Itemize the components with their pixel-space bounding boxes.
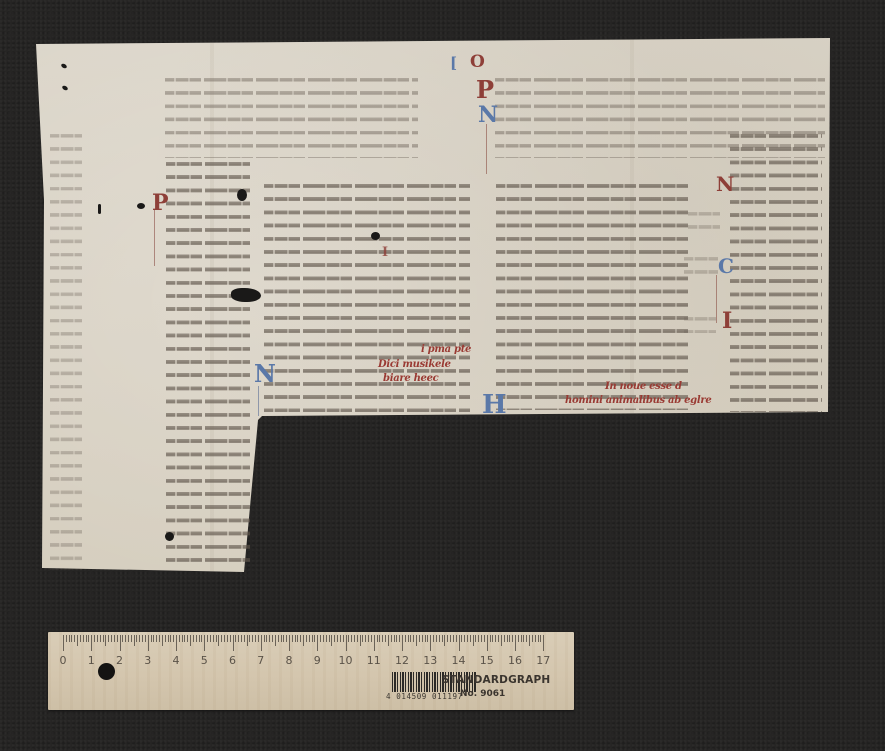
ruler-tick <box>495 635 496 642</box>
ruler-tick <box>258 635 259 642</box>
text-column-right-b <box>730 130 822 412</box>
ruler-tick-label: 10 <box>339 654 353 667</box>
initial-flourish <box>154 210 155 266</box>
damage-hole <box>371 232 380 240</box>
ruler-tick <box>221 635 222 642</box>
ruler-tick <box>247 635 248 646</box>
ruler-tick <box>410 635 411 642</box>
ruler-tick <box>249 635 250 642</box>
ruler-tick <box>360 635 361 646</box>
ruler-tick <box>365 635 366 642</box>
ruler-tick <box>306 635 307 642</box>
ruler-tick <box>467 635 468 642</box>
ruler-tick <box>165 635 166 642</box>
ruler-tick <box>427 635 428 642</box>
ruler-tick <box>442 635 443 642</box>
marginal-note <box>688 208 720 234</box>
ruler-tick-label: 1 <box>88 654 95 667</box>
ruler-tick <box>362 635 363 642</box>
ruler-tick <box>272 635 273 642</box>
ruler-tick <box>153 635 154 642</box>
initial-p: P <box>476 78 494 102</box>
ruler-tick <box>490 635 491 642</box>
ruler-tick <box>264 635 265 642</box>
ruler-tick <box>351 635 352 642</box>
text-block-top-left <box>165 74 418 158</box>
ruler-tick <box>425 635 426 642</box>
script-lines <box>50 130 82 570</box>
ruler-tick-label: 14 <box>452 654 466 667</box>
ruler-tick <box>278 635 279 642</box>
ruler-tick <box>408 635 409 642</box>
ruler-tick <box>83 635 84 642</box>
ruler-tick <box>543 635 544 651</box>
ruler-tick <box>374 635 375 651</box>
ruler-tick <box>529 635 530 646</box>
ruler-tick <box>238 635 239 642</box>
ruler-tick <box>122 635 123 642</box>
rubric-line: biare heec <box>383 373 438 384</box>
ruler-tick <box>244 635 245 642</box>
ruler-tick <box>540 635 541 642</box>
ruler-tick-label: 2 <box>116 654 123 667</box>
ruler-tick <box>97 635 98 642</box>
ruler-tick <box>120 635 121 651</box>
initial-o-frame: [ <box>450 56 457 71</box>
ruler-tick <box>162 635 163 646</box>
ruler-tick <box>207 635 208 642</box>
ruler-tick <box>450 635 451 642</box>
ruler-tick <box>159 635 160 642</box>
ruler-tick-label: 6 <box>229 654 236 667</box>
ruler-tick <box>326 635 327 642</box>
ruler-tick <box>216 635 217 642</box>
ruler-tick <box>461 635 462 642</box>
ruler-tick <box>117 635 118 642</box>
script-lines <box>688 208 720 234</box>
ruler-tick <box>88 635 89 642</box>
ruler-tick <box>309 635 310 642</box>
ruler-tick <box>196 635 197 642</box>
ruler-tick-label: 9 <box>314 654 321 667</box>
ruler-tick <box>343 635 344 642</box>
ruler-tick <box>388 635 389 646</box>
ruler-tick <box>292 635 293 642</box>
ruler-tick <box>413 635 414 642</box>
ruler-tick <box>190 635 191 646</box>
text-column-middle <box>264 180 470 412</box>
initial-n: N <box>478 104 498 126</box>
ruler-tick-label: 5 <box>201 654 208 667</box>
ruler-tick-label: 13 <box>423 654 437 667</box>
ruler-tick <box>329 635 330 642</box>
ruler-tick-label: 16 <box>508 654 522 667</box>
initial-i: I <box>722 310 732 332</box>
ruler-tick <box>289 635 290 651</box>
ruler-tick <box>131 635 132 642</box>
ruler-tick <box>261 635 262 651</box>
ruler-tick <box>218 635 219 646</box>
ruler-hanging-hole <box>98 663 115 680</box>
script-lines <box>264 180 470 412</box>
ruler-tick <box>323 635 324 642</box>
ruler-tick <box>224 635 225 642</box>
ruler-tick <box>269 635 270 642</box>
ruler-tick <box>368 635 369 642</box>
script-lines <box>496 180 688 410</box>
text-column-right-a <box>496 180 688 410</box>
ruler-tick <box>382 635 383 642</box>
ruler-tick <box>105 635 106 646</box>
ruler-tick <box>139 635 140 642</box>
ruler-tick <box>204 635 205 651</box>
ruler-tick <box>535 635 536 642</box>
ruler-tick <box>199 635 200 642</box>
ruler-tick <box>515 635 516 651</box>
damage-hole <box>137 203 145 209</box>
ruler-tick <box>504 635 505 642</box>
ruler-tick <box>501 635 502 646</box>
ruler-tick <box>266 635 267 642</box>
ruler-tick <box>184 635 185 642</box>
ruler-tick <box>492 635 493 642</box>
ruler-tick <box>379 635 380 642</box>
ruler-tick <box>512 635 513 642</box>
ruler-tick <box>241 635 242 642</box>
ruler-tick <box>173 635 174 642</box>
ruler-tick <box>521 635 522 642</box>
ruler-tick <box>77 635 78 646</box>
ruler-tick-label: 7 <box>257 654 264 667</box>
ruler-tick-label: 8 <box>286 654 293 667</box>
ruler-tick <box>91 635 92 651</box>
ruler-tick <box>182 635 183 642</box>
ruler-tick <box>396 635 397 642</box>
ruler-tick <box>227 635 228 642</box>
ruler-tick <box>128 635 129 642</box>
ruler-tick <box>526 635 527 642</box>
ruler-tick <box>297 635 298 642</box>
ruler-tick <box>402 635 403 651</box>
ruler-tick-label: 15 <box>480 654 494 667</box>
text-column-left-edge <box>50 130 82 570</box>
ruler-tick <box>487 635 488 651</box>
rubric-line: Dici musikele <box>378 359 451 370</box>
ruler-tick <box>275 635 276 646</box>
ruler-tick-label: 12 <box>395 654 409 667</box>
ruler-tick <box>473 635 474 646</box>
ruler-tick <box>475 635 476 642</box>
ruler-tick-label: 0 <box>60 654 67 667</box>
ruler-tick <box>377 635 378 642</box>
script-lines <box>730 130 822 412</box>
ruler-tick <box>419 635 420 642</box>
initial-flourish <box>258 386 259 416</box>
ruler-tick <box>170 635 171 642</box>
ruler-tick-label: 17 <box>536 654 550 667</box>
measurement-ruler: 01234567891011121314151617 4 014509 0111… <box>48 632 574 710</box>
ruler-tick-label: 4 <box>173 654 180 667</box>
ruler-tick <box>156 635 157 642</box>
ruler-tick <box>484 635 485 642</box>
ruler-tick <box>63 635 64 651</box>
ruler-tick-label: 3 <box>144 654 151 667</box>
ruler-tick <box>331 635 332 646</box>
ruler-tick <box>201 635 202 642</box>
initial-i-small: I <box>382 246 388 259</box>
ruler-tick <box>151 635 152 642</box>
initial-flourish <box>716 275 717 323</box>
ruler-tick <box>187 635 188 642</box>
ruler-tick <box>111 635 112 642</box>
ruler-tick <box>312 635 313 642</box>
ruler-tick <box>142 635 143 642</box>
ruler-tick <box>193 635 194 642</box>
ruler-tick <box>148 635 149 651</box>
ruler-tick <box>136 635 137 642</box>
photo-scene: O [ P N P N H N C I I i pma pte Dici mus… <box>0 0 885 751</box>
ruler-tick <box>340 635 341 642</box>
ruler-tick <box>125 635 126 642</box>
ruler-tick <box>108 635 109 642</box>
ruler-tick <box>464 635 465 642</box>
ruler-tick <box>94 635 95 642</box>
script-lines <box>165 74 418 158</box>
ruler-tick <box>371 635 372 642</box>
ruler-brand: STANDARDGRAPH <box>442 674 550 686</box>
ruler-tick <box>114 635 115 642</box>
ruler-tick <box>348 635 349 642</box>
ruler-tick <box>430 635 431 651</box>
ruler-tick <box>507 635 508 642</box>
ruler-tick <box>235 635 236 642</box>
script-lines <box>166 158 250 570</box>
ruler-tick <box>357 635 358 642</box>
ruler-tick <box>300 635 301 642</box>
ruler-tick <box>399 635 400 642</box>
initial-flourish <box>486 124 487 174</box>
ruler-tick <box>518 635 519 642</box>
ruler-tick <box>444 635 445 646</box>
ruler-tick <box>255 635 256 642</box>
ruler-tick <box>453 635 454 642</box>
ruler-tick <box>459 635 460 651</box>
ruler-tick <box>134 635 135 646</box>
ruler-tick <box>405 635 406 642</box>
ruler-tick <box>176 635 177 651</box>
ruler-tick <box>66 635 67 642</box>
damage-hole <box>231 288 261 302</box>
ruler-tick <box>447 635 448 642</box>
ruler-tick <box>456 635 457 642</box>
ruler-model: No. 9061 <box>460 689 505 699</box>
ruler-tick <box>86 635 87 642</box>
ruler-tick <box>385 635 386 642</box>
initial-o: O <box>470 54 485 71</box>
ruler-tick <box>346 635 347 651</box>
ruler-tick <box>538 635 539 642</box>
ruler-tick <box>532 635 533 642</box>
ruler-tick <box>80 635 81 642</box>
ruler-tick <box>523 635 524 642</box>
ruler-tick <box>439 635 440 642</box>
marginal-note <box>684 253 718 283</box>
initial-n-middle: N <box>254 362 276 386</box>
ruler-tick <box>252 635 253 642</box>
ruler-tick <box>354 635 355 642</box>
ruler-tick <box>145 635 146 642</box>
ruler-tick <box>314 635 315 642</box>
ruler-tick <box>478 635 479 642</box>
ruler-tick <box>295 635 296 642</box>
ruler-tick <box>210 635 211 642</box>
rubric-line: i pma pte <box>421 344 471 355</box>
ruler-tick <box>320 635 321 642</box>
ruler-tick <box>286 635 287 642</box>
ruler-tick <box>391 635 392 642</box>
ruler-tick <box>281 635 282 642</box>
ruler-tick <box>334 635 335 642</box>
ruler-tick <box>317 635 318 651</box>
marginal-note <box>684 313 716 333</box>
ruler-tick <box>283 635 284 642</box>
initial-n-right: N <box>716 174 734 194</box>
ruler-tick <box>498 635 499 642</box>
ruler-tick <box>433 635 434 642</box>
ruler-tick <box>179 635 180 642</box>
ruler-tick <box>69 635 70 642</box>
ruler-tick <box>470 635 471 642</box>
damage-hole <box>98 204 101 214</box>
text-column-narrow <box>166 158 250 570</box>
ruler-tick <box>416 635 417 646</box>
ruler-tick <box>481 635 482 642</box>
rubric-line: homini animalibus ab eglre <box>565 395 711 406</box>
damage-hole <box>165 532 174 541</box>
ruler-tick <box>103 635 104 642</box>
script-lines <box>684 253 718 283</box>
rubric-line: In noue esse d <box>605 381 682 392</box>
ruler-tick <box>168 635 169 642</box>
ruler-tick <box>303 635 304 646</box>
ruler-tick-label: 11 <box>367 654 381 667</box>
ruler-tick <box>233 635 234 651</box>
barcode-number: 4 014509 011197 <box>386 692 463 701</box>
ruler-tick <box>74 635 75 642</box>
ruler-tick <box>394 635 395 642</box>
damage-hole <box>237 189 247 201</box>
ruler-tick <box>422 635 423 642</box>
initial-c: C <box>718 256 734 276</box>
ruler-tick <box>213 635 214 642</box>
ruler-tick <box>509 635 510 642</box>
ruler-tick <box>71 635 72 642</box>
ruler-tick <box>230 635 231 642</box>
ruler-tick <box>337 635 338 642</box>
ruler-tick <box>100 635 101 642</box>
script-lines <box>684 313 716 333</box>
ruler-tick <box>436 635 437 642</box>
initial-h: H <box>482 392 507 418</box>
